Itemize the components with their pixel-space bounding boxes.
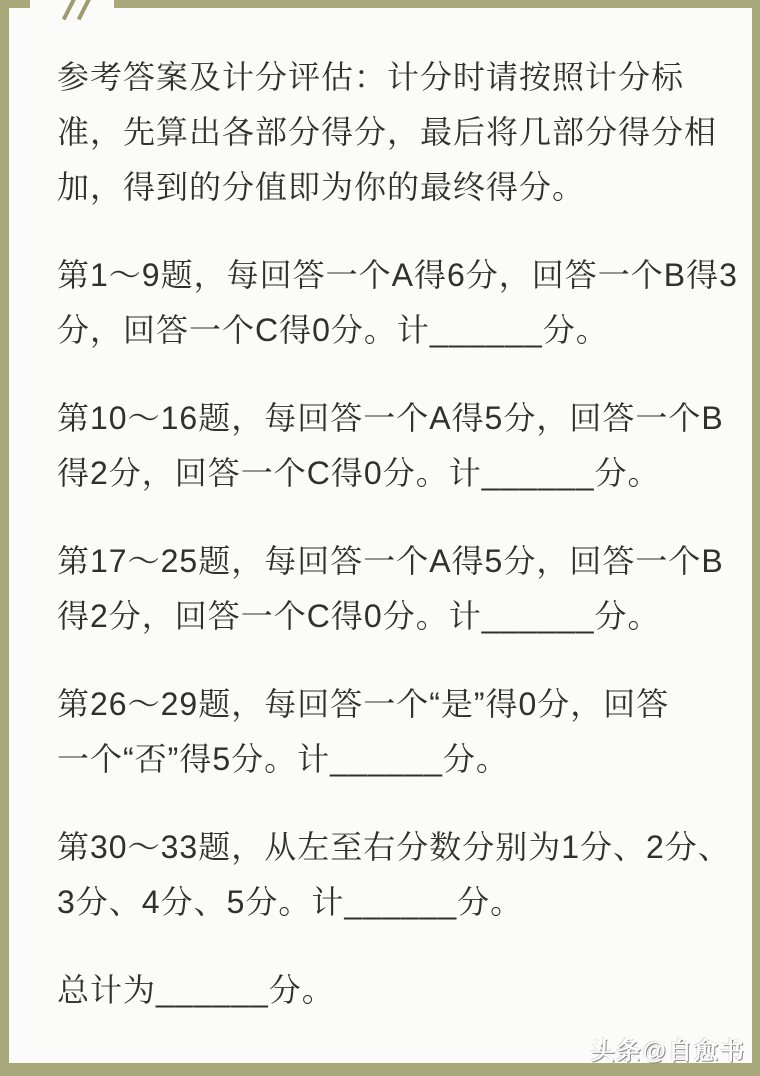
text-line: 加，得到的分值即为你的最终得分。 [57, 160, 732, 215]
paragraph-q17-25: 第17～25题，每回答一个A得5分，回答一个B 得2分，回答一个C得0分。计__… [57, 534, 732, 644]
double-slash-decoration-icon [77, 0, 93, 20]
text-line: 第17～25题，每回答一个A得5分，回答一个B [57, 534, 732, 589]
text-line: 第26～29题，每回答一个“是”得0分，回答 [57, 677, 732, 732]
watermark: 头条@自愈书 [591, 1031, 746, 1066]
text-line: 准，先算出各部分得分，最后将几部分得分相 [57, 105, 732, 160]
double-slash-decoration-icon [62, 0, 78, 20]
paragraph-q30-33: 第30～33题，从左至右分数分别为1分、2分、 3分、4分、5分。计______… [57, 820, 732, 930]
text-line: 一个“否”得5分。计______分。 [57, 732, 732, 787]
text-line: 总计为______分。 [57, 963, 732, 1018]
text-line: 得2分，回答一个C得0分。计______分。 [57, 446, 732, 501]
paragraph-q26-29: 第26～29题，每回答一个“是”得0分，回答 一个“否”得5分。计______分… [57, 677, 732, 787]
paragraph-q1-9: 第1～9题，每回答一个A得6分，回答一个B得3 分，回答一个C得0分。计____… [57, 248, 732, 358]
document-content: 参考答案及计分评估：计分时请按照计分标 准，先算出各部分得分，最后将几部分得分相… [57, 50, 732, 1051]
document-card: 参考答案及计分评估：计分时请按照计分标 准，先算出各部分得分，最后将几部分得分相… [9, 8, 752, 1063]
text-line: 参考答案及计分评估：计分时请按照计分标 [57, 50, 732, 105]
text-line: 第10～16题，每回答一个A得5分，回答一个B [57, 391, 732, 446]
text-line: 3分、4分、5分。计______分。 [57, 875, 732, 930]
paragraph-scoring-intro: 参考答案及计分评估：计分时请按照计分标 准，先算出各部分得分，最后将几部分得分相… [57, 50, 732, 215]
top-notch [30, 0, 114, 20]
text-line: 第1～9题，每回答一个A得6分，回答一个B得3 [57, 248, 732, 303]
text-line: 第30～33题，从左至右分数分别为1分、2分、 [57, 820, 732, 875]
text-line: 得2分，回答一个C得0分。计______分。 [57, 589, 732, 644]
text-line: 分，回答一个C得0分。计______分。 [57, 303, 732, 358]
paragraph-q10-16: 第10～16题，每回答一个A得5分，回答一个B 得2分，回答一个C得0分。计__… [57, 391, 732, 501]
page-background: 参考答案及计分评估：计分时请按照计分标 准，先算出各部分得分，最后将几部分得分相… [0, 0, 760, 1076]
paragraph-total-score: 总计为______分。 [57, 963, 732, 1018]
